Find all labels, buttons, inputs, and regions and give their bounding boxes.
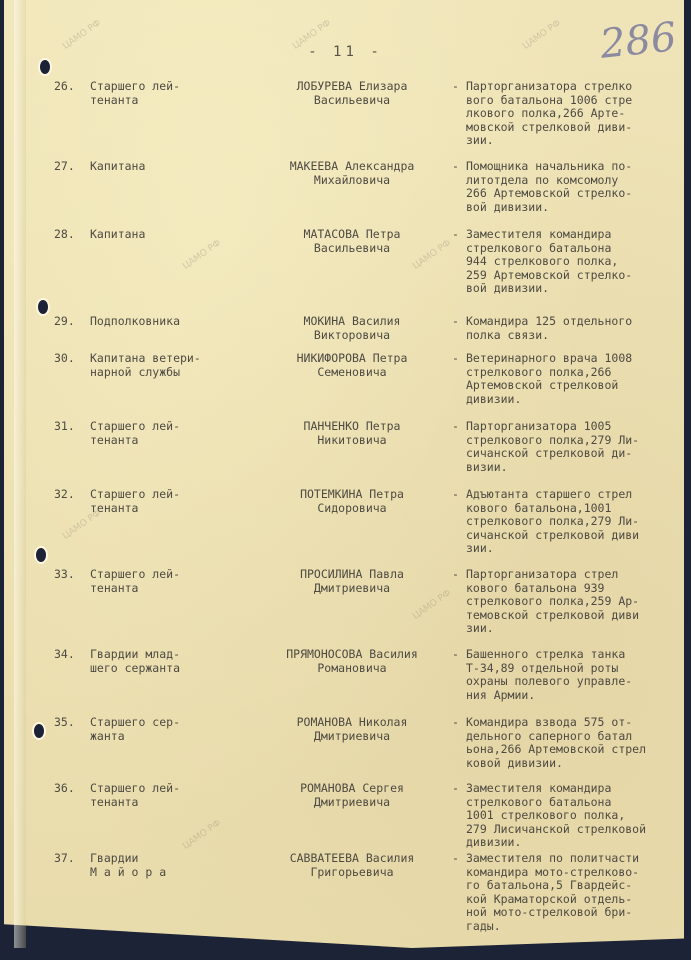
entry-name: ПРОСИЛИНА Павла Дмитриевича <box>262 568 442 595</box>
entry-number: 30. <box>54 352 75 366</box>
entry-description: Парторганизатора 1005 стрелкового полка,… <box>466 420 686 474</box>
entry-rank: Старшего лей- тенанта <box>90 488 220 515</box>
entry-name: НИКИФОРОВА Петра Семеновича <box>262 352 442 379</box>
entry-name: МАКЕЕВА Александра Михайловича <box>262 160 442 187</box>
dash-separator: - <box>452 852 459 866</box>
entry-number: 31. <box>54 420 75 434</box>
entry-rank: Капитана ветери- нарной службы <box>90 352 220 379</box>
punch-hole <box>34 546 48 564</box>
entry-rank: Капитана <box>90 228 220 242</box>
entry-name: МАТАСОВА Петра Васильевича <box>262 228 442 255</box>
entry-rank: Старшего лей- тенанта <box>90 80 220 107</box>
entry-rank: Старшего лей- тенанта <box>90 568 220 595</box>
entry-name: МОКИНА Василия Викторовича <box>262 315 442 342</box>
entry-number: 27. <box>54 160 75 174</box>
entry-name: ПРЯМОНОСОВА Василия Романовича <box>262 648 442 675</box>
entry-name: РОМАНОВА Николая Дмитриевича <box>262 716 442 743</box>
entry-rank: Гвардии млад- шего сержанта <box>90 648 220 675</box>
paper-fold <box>14 0 26 948</box>
entry-number: 26. <box>54 80 75 94</box>
entry-description: Башенного стрелка танка Т-34,89 отдельно… <box>466 648 686 702</box>
entry-description: Помощника начальника по- литотдела по ко… <box>466 160 686 214</box>
entry-description: Заместителя командира стрелкового баталь… <box>466 228 686 296</box>
entry-name: РОМАНОВА Сергея Дмитриевича <box>262 782 442 809</box>
entry-rank: Старшего лей- тенанта <box>90 782 220 809</box>
dash-separator: - <box>452 488 459 502</box>
entry-number: 36. <box>54 782 75 796</box>
entry-description: Командира взвода 575 от- дельного саперн… <box>466 716 686 770</box>
dash-separator: - <box>452 228 459 242</box>
dash-separator: - <box>452 716 459 730</box>
dash-separator: - <box>452 568 459 582</box>
entry-name: ЛОБУРЕВА Елизара Васильевича <box>262 80 442 107</box>
entry-description: Заместителя командира стрелкового баталь… <box>466 782 686 850</box>
entry-number: 34. <box>54 648 75 662</box>
handwritten-folio-number: 286 <box>598 14 679 68</box>
punch-hole <box>32 722 46 740</box>
entry-number: 35. <box>54 716 75 730</box>
entry-number: 28. <box>54 228 75 242</box>
punch-hole <box>38 58 52 76</box>
page-number: - 11 - <box>0 44 691 60</box>
entry-rank: Гвардии М а й о р а <box>90 852 220 879</box>
dash-separator: - <box>452 420 459 434</box>
dash-separator: - <box>452 80 459 94</box>
dash-separator: - <box>452 648 459 662</box>
entry-number: 32. <box>54 488 75 502</box>
entry-number: 29. <box>54 315 75 329</box>
entry-description: Парторганизатора стрелко вого батальона … <box>466 80 686 148</box>
entry-name: ПАНЧЕНКО Петра Никитовича <box>262 420 442 447</box>
entry-description: Ветеринарного врача 1008 стрелкового пол… <box>466 352 686 406</box>
entry-description: Парторганизатора стрел кового батальона … <box>466 568 686 636</box>
entry-description: Командира 125 отдельного полка связи. <box>466 315 686 342</box>
punch-hole <box>36 298 50 316</box>
dash-separator: - <box>452 782 459 796</box>
dash-separator: - <box>452 315 459 329</box>
entry-rank: Старшего лей- тенанта <box>90 420 220 447</box>
entry-number: 37. <box>54 852 75 866</box>
entry-rank: Подполковника <box>90 315 220 329</box>
entry-name: САВВАТЕЕВА Василия Григорьевича <box>262 852 442 879</box>
entry-name: ПОТЕМКИНА Петра Сидоровича <box>262 488 442 515</box>
dash-separator: - <box>452 160 459 174</box>
dash-separator: - <box>452 352 459 366</box>
entry-description: Адъютанта старшего стрел кового батальон… <box>466 488 686 556</box>
entry-rank: Старшего сер- жанта <box>90 716 220 743</box>
entry-number: 33. <box>54 568 75 582</box>
entry-rank: Капитана <box>90 160 220 174</box>
entry-description: Заместителя по политчасти командира мото… <box>466 852 686 933</box>
